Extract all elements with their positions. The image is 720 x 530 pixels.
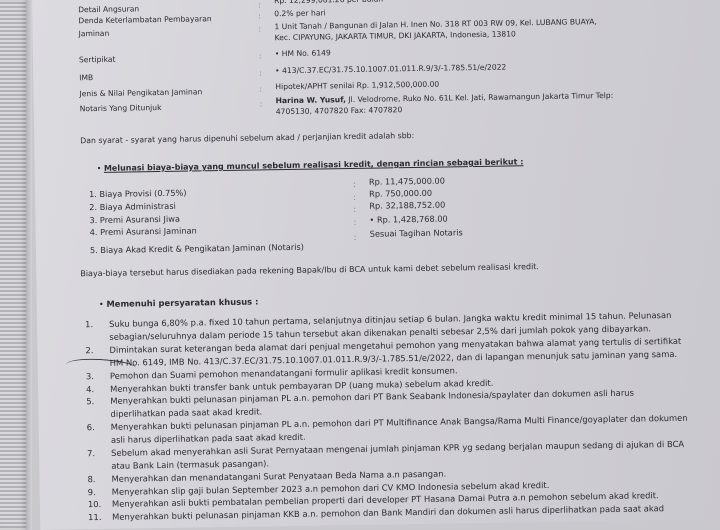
- requirement-number: 7.: [87, 448, 95, 458]
- conditions-intro: Dan syarat - syarat yang harus dipenuhi …: [80, 131, 414, 145]
- requirement-number: 1.: [85, 319, 93, 329]
- field-value-line2: Kec. CIPAYUNG, JAKARTA TIMUR, DKI JAKART…: [275, 29, 516, 42]
- colon: :: [259, 51, 262, 60]
- fees-heading-text: Melunasi biaya-biaya yang muncul sebelum…: [104, 157, 524, 173]
- fee-value: Sesuai Tagihan Notaris: [370, 227, 463, 238]
- fee-value: Rp. 11,475,000.00: [369, 176, 445, 187]
- binder-spine: [0, 0, 26, 530]
- colon: :: [354, 232, 357, 242]
- colon: :: [353, 217, 356, 227]
- notary-address: Jl. Velodrome, Ruko No. 61L Kel. Jati, R…: [346, 91, 613, 104]
- requirement-number: 8.: [87, 474, 95, 484]
- requirement-text-continued: asli harus diperlihatkan pada saat akad …: [111, 431, 306, 444]
- colon: :: [258, 0, 261, 9]
- fee-value: Rp. 32,188,752.00: [369, 200, 445, 211]
- colon: :: [258, 24, 261, 33]
- requirement-number: 11.: [88, 511, 101, 521]
- fee-value: • Rp. 1,428,768.00: [369, 213, 447, 224]
- field-value: 1 Unit Tanah / Bangunan di Jalan H. Inen…: [274, 17, 597, 31]
- fees-footer: Biaya-biaya tersebut harus disediakan pa…: [80, 262, 539, 278]
- requirement-text-continued: diperlihatkan pada saat akad kredit.: [110, 406, 262, 418]
- field-label: IMB: [79, 73, 93, 82]
- requirement-number: 4.: [86, 384, 94, 394]
- fee-value: Rp. 750,000.00: [369, 188, 432, 199]
- requirement-text-continued: atau Bank Lain (termasuk pasangan).: [111, 458, 269, 470]
- requirement-number: 10.: [88, 499, 101, 509]
- colon: :: [260, 99, 263, 108]
- field-label: Sertipikat: [79, 55, 116, 65]
- notary-name: Harina W. Yusuf,: [276, 95, 346, 105]
- colon: :: [353, 192, 356, 202]
- fee-label: 5. Biaya Akad Kredit & Pengikatan Jamina…: [90, 242, 304, 255]
- field-label: Jenis & Nilai Pengikatan Jaminan: [79, 87, 202, 98]
- field-value-line2: 4705130, 4707820 Fax: 4707820: [276, 105, 403, 116]
- field-value: • 413/C.37.EC/31.75.10.1007.01.011.R.9/3…: [275, 63, 506, 76]
- requirements-heading-text: Memenuhi persyaratan khusus :: [106, 296, 258, 308]
- field-value: Rp. 12,299,081.26 per bulan: [274, 0, 383, 5]
- document-page: Detail Angsuran : Rp. 12,299,081.26 per …: [32, 0, 720, 530]
- requirement-number: 5.: [86, 396, 94, 406]
- field-label: Detail Angsuran: [78, 4, 139, 14]
- fee-label: 4. Premi Asuransi Jaminan: [90, 225, 197, 237]
- colon: :: [258, 11, 261, 20]
- colon: :: [353, 204, 356, 214]
- bullet-icon: •: [99, 299, 107, 309]
- fee-label: 1. Biaya Provisi (0.75%): [89, 188, 187, 200]
- field-value: • HM No. 6149: [275, 48, 331, 58]
- fees-heading: • Melunasi biaya-biaya yang muncul sebel…: [97, 157, 524, 173]
- colon: :: [353, 179, 356, 189]
- field-label: Denda Keterlambatan Pembayaran: [78, 14, 211, 25]
- colon: :: [259, 84, 262, 93]
- requirements-heading: • Memenuhi persyaratan khusus :: [99, 296, 259, 309]
- colon: :: [259, 68, 262, 77]
- requirement-number: 6.: [87, 422, 95, 432]
- field-label: Notaris Yang Ditunjuk: [80, 103, 162, 113]
- binder-edge: [26, 0, 32, 530]
- field-value: Hipotek/APHT senilai Rp. 1,912,500,000.0…: [275, 80, 439, 92]
- field-label: Jaminan: [78, 29, 109, 38]
- requirement-number: 2.: [85, 345, 93, 355]
- field-value: Harina W. Yusuf, Jl. Velodrome, Ruko No.…: [276, 91, 614, 105]
- requirement-number: 9.: [88, 487, 96, 497]
- fee-label: 3. Premi Asuransi Jiwa: [89, 214, 180, 225]
- field-value: 0.2% per hari: [274, 8, 326, 18]
- fee-label: 2. Biaya Administrasi: [89, 201, 176, 212]
